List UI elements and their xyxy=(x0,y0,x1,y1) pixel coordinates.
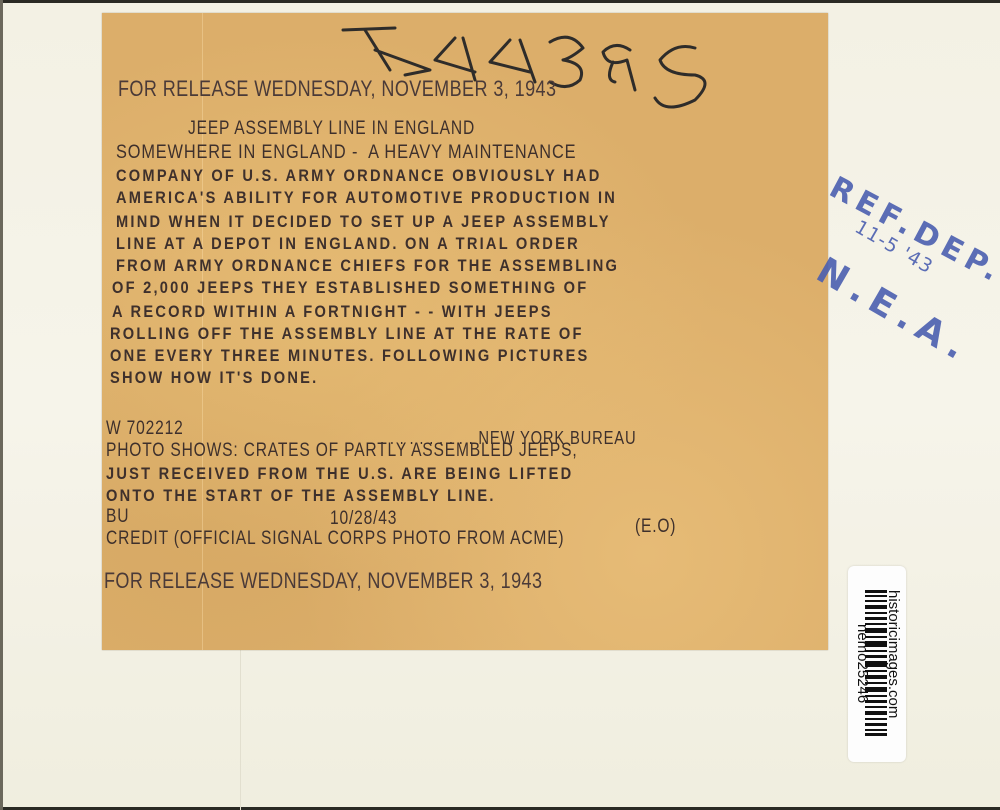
release-date-top: FOR RELEASE WEDNESDAY, NOVEMBER 3, 1943 xyxy=(118,76,556,102)
body-line: MIND WHEN IT DECIDED TO SET UP A JEEP AS… xyxy=(116,212,611,232)
caption-line: JUST RECEIVED FROM THE U.S. ARE BEING LI… xyxy=(106,464,573,484)
body-line: LINE AT A DEPOT IN ENGLAND. ON A TRIAL O… xyxy=(116,234,580,254)
body-line: A RECORD WITHIN A FORTNIGHT - - WITH JEE… xyxy=(112,302,553,322)
bureau-line: . . . . . . . . . . NEW YORK BUREAU xyxy=(380,428,636,449)
backing-edge xyxy=(0,0,3,810)
headline: JEEP ASSEMBLY LINE IN ENGLAND xyxy=(188,118,475,140)
photo-id: W 702212 xyxy=(106,418,184,440)
body-line: COMPANY OF U.S. ARMY ORDNANCE OBVIOUSLY … xyxy=(116,166,602,186)
body-line: ONE EVERY THREE MINUTES. FOLLOWING PICTU… xyxy=(110,346,590,366)
release-date-bottom: FOR RELEASE WEDNESDAY, NOVEMBER 3, 1943 xyxy=(104,568,542,594)
body-line: FROM ARMY ORDNANCE CHIEFS FOR THE ASSEMB… xyxy=(116,256,619,276)
body-line: OF 2,000 JEEPS THEY ESTABLISHED SOMETHIN… xyxy=(112,278,588,298)
photo-credit: CREDIT (OFFICIAL SIGNAL CORPS PHOTO FROM… xyxy=(106,528,564,550)
label-item-id: nemo25246 xyxy=(854,624,871,703)
body-line: AMERICA'S ABILITY FOR AUTOMOTIVE PRODUCT… xyxy=(116,188,617,208)
label-site: historicimages.com xyxy=(885,590,902,718)
operator-code: (E.O) xyxy=(635,516,676,538)
handwritten-archive-number: A44392 S xyxy=(335,20,805,120)
body-line: ROLLING OFF THE ASSEMBLY LINE AT THE RAT… xyxy=(110,324,584,344)
backing-seam xyxy=(240,640,241,810)
caption-line: ONTO THE START OF THE ASSEMBLY LINE. xyxy=(106,486,496,506)
photo-date: 10/28/43 xyxy=(330,508,397,530)
body-line: SHOW HOW IT'S DONE. xyxy=(110,368,318,388)
svg-text:A44392 S: A44392 S xyxy=(335,20,340,21)
body-line: SOMEWHERE IN ENGLAND - A HEAVY MAINTENAN… xyxy=(116,142,576,164)
initials: BU xyxy=(106,506,129,528)
